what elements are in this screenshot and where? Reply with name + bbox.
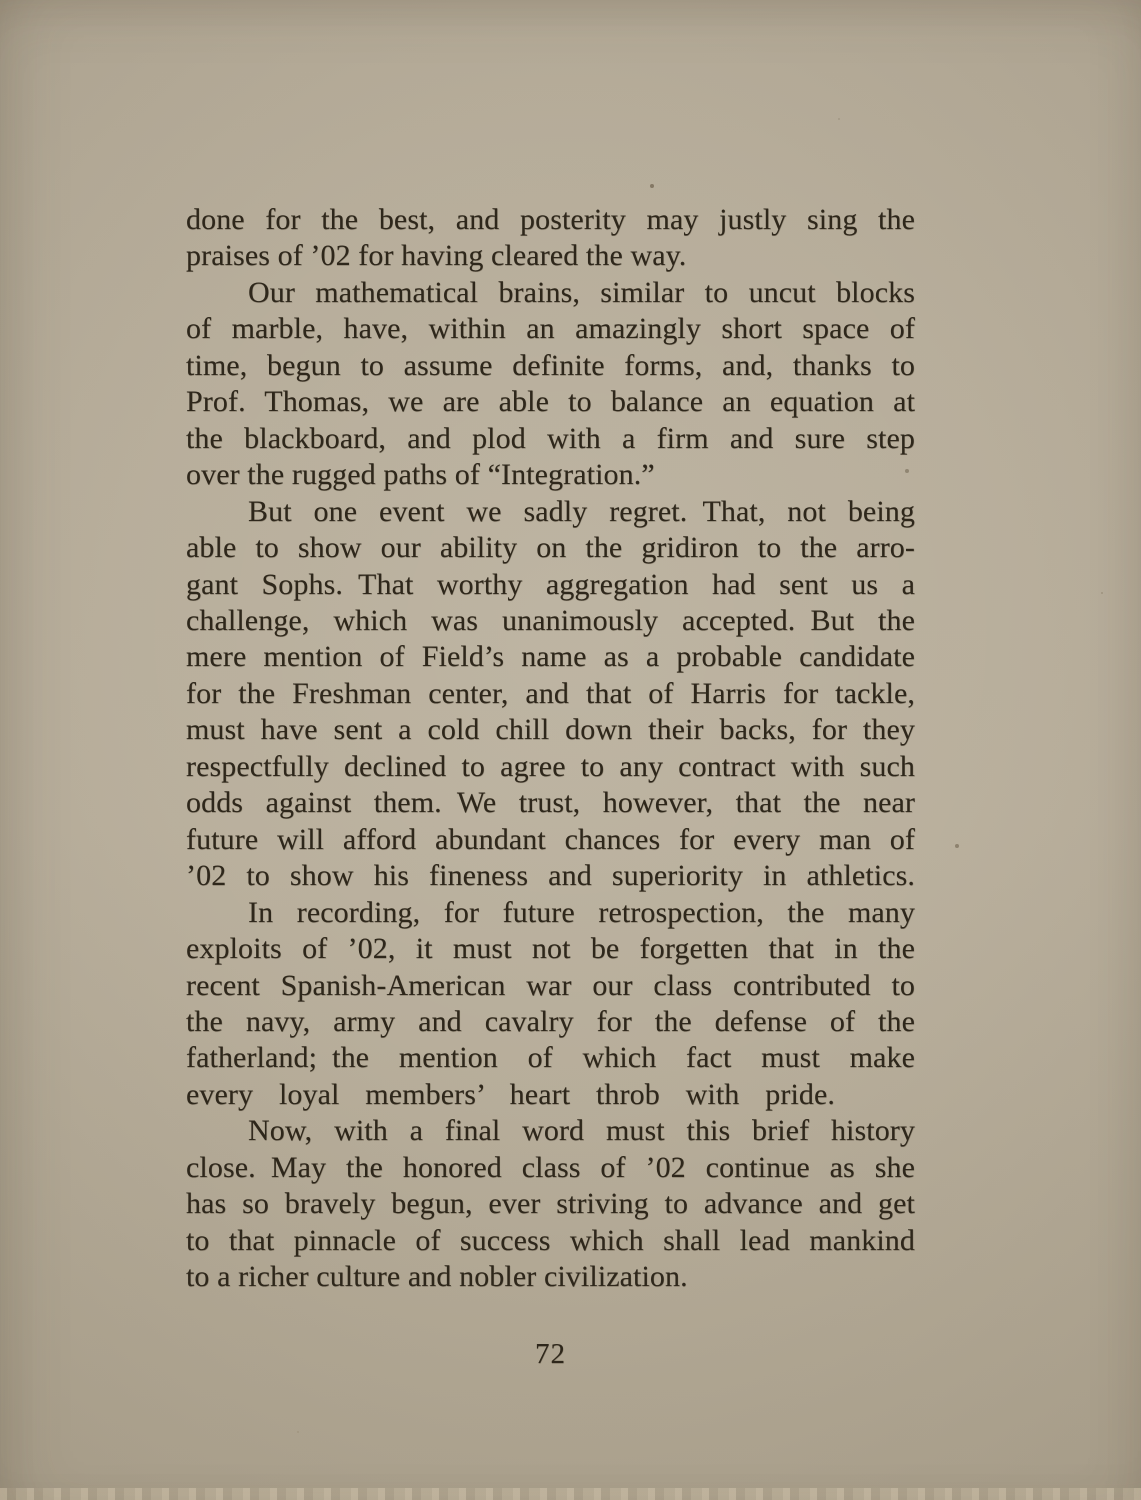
paragraph: In recording, for future retrospection, …: [186, 895, 915, 1114]
text-line: to a richer culture and nobler civilizat…: [186, 1259, 915, 1295]
text-line: praises of ’02 for having cleared the wa…: [186, 238, 915, 274]
paper-specks: [0, 0, 2, 2]
text-line: done for the best, and posterity may jus…: [186, 202, 915, 238]
body-text: done for the best, and posterity may jus…: [186, 202, 915, 1296]
text-line: respectfully declined to agree to any co…: [186, 749, 915, 785]
text-line: challenge, which was unanimously accepte…: [186, 603, 915, 639]
text-line: Prof. Thomas, we are able to balance an …: [186, 384, 915, 420]
text-line: the blackboard, and plod with a firm and…: [186, 421, 915, 457]
text-line: Our mathematical brains, similar to uncu…: [186, 275, 915, 311]
text-line: ’02 to show his fineness and superiority…: [186, 858, 915, 894]
text-line: over the rugged paths of “Integration.”: [186, 457, 915, 493]
text-line: time, begun to assume definite forms, an…: [186, 348, 915, 384]
text-line: every loyal members’ heart throb with pr…: [186, 1077, 915, 1113]
text-line: fatherland; the mention of which fact mu…: [186, 1040, 915, 1076]
scanned-book-page: done for the best, and posterity may jus…: [0, 0, 1141, 1500]
paragraph: Our mathematical brains, similar to uncu…: [186, 275, 915, 494]
text-line: gant Sophs. That worthy aggregation had …: [186, 567, 915, 603]
text-line: able to show our ability on the gridiron…: [186, 530, 915, 566]
text-line: exploits of ’02, it must not be forgette…: [186, 931, 915, 967]
paragraph: done for the best, and posterity may jus…: [186, 202, 915, 275]
text-line: to that pinnacle of success which shall …: [186, 1223, 915, 1259]
text-line: odds against them. We trust, however, th…: [186, 785, 915, 821]
text-line: must have sent a cold chill down their b…: [186, 712, 915, 748]
text-line: close. May the honored class of ’02 cont…: [186, 1150, 915, 1186]
text-line: of marble, have, within an amazingly sho…: [186, 311, 915, 347]
paragraph: But one event we sadly regret. That, not…: [186, 494, 915, 895]
text-line: Now, with a final word must this brief h…: [186, 1113, 915, 1149]
text-line: for the Freshman center, and that of Har…: [186, 676, 915, 712]
page-number: 72: [186, 1336, 915, 1372]
text-line: In recording, for future retrospection, …: [186, 895, 915, 931]
text-line: But one event we sadly regret. That, not…: [186, 494, 915, 530]
text-line: the navy, army and cavalry for the defen…: [186, 1004, 915, 1040]
paragraph: Now, with a final word must this brief h…: [186, 1113, 915, 1295]
text-line: future will afford abundant chances for …: [186, 822, 915, 858]
text-line: mere mention of Field’s name as a probab…: [186, 639, 915, 675]
text-line: has so bravely begun, ever striving to a…: [186, 1186, 915, 1222]
text-line: recent Spanish-American war our class co…: [186, 968, 915, 1004]
